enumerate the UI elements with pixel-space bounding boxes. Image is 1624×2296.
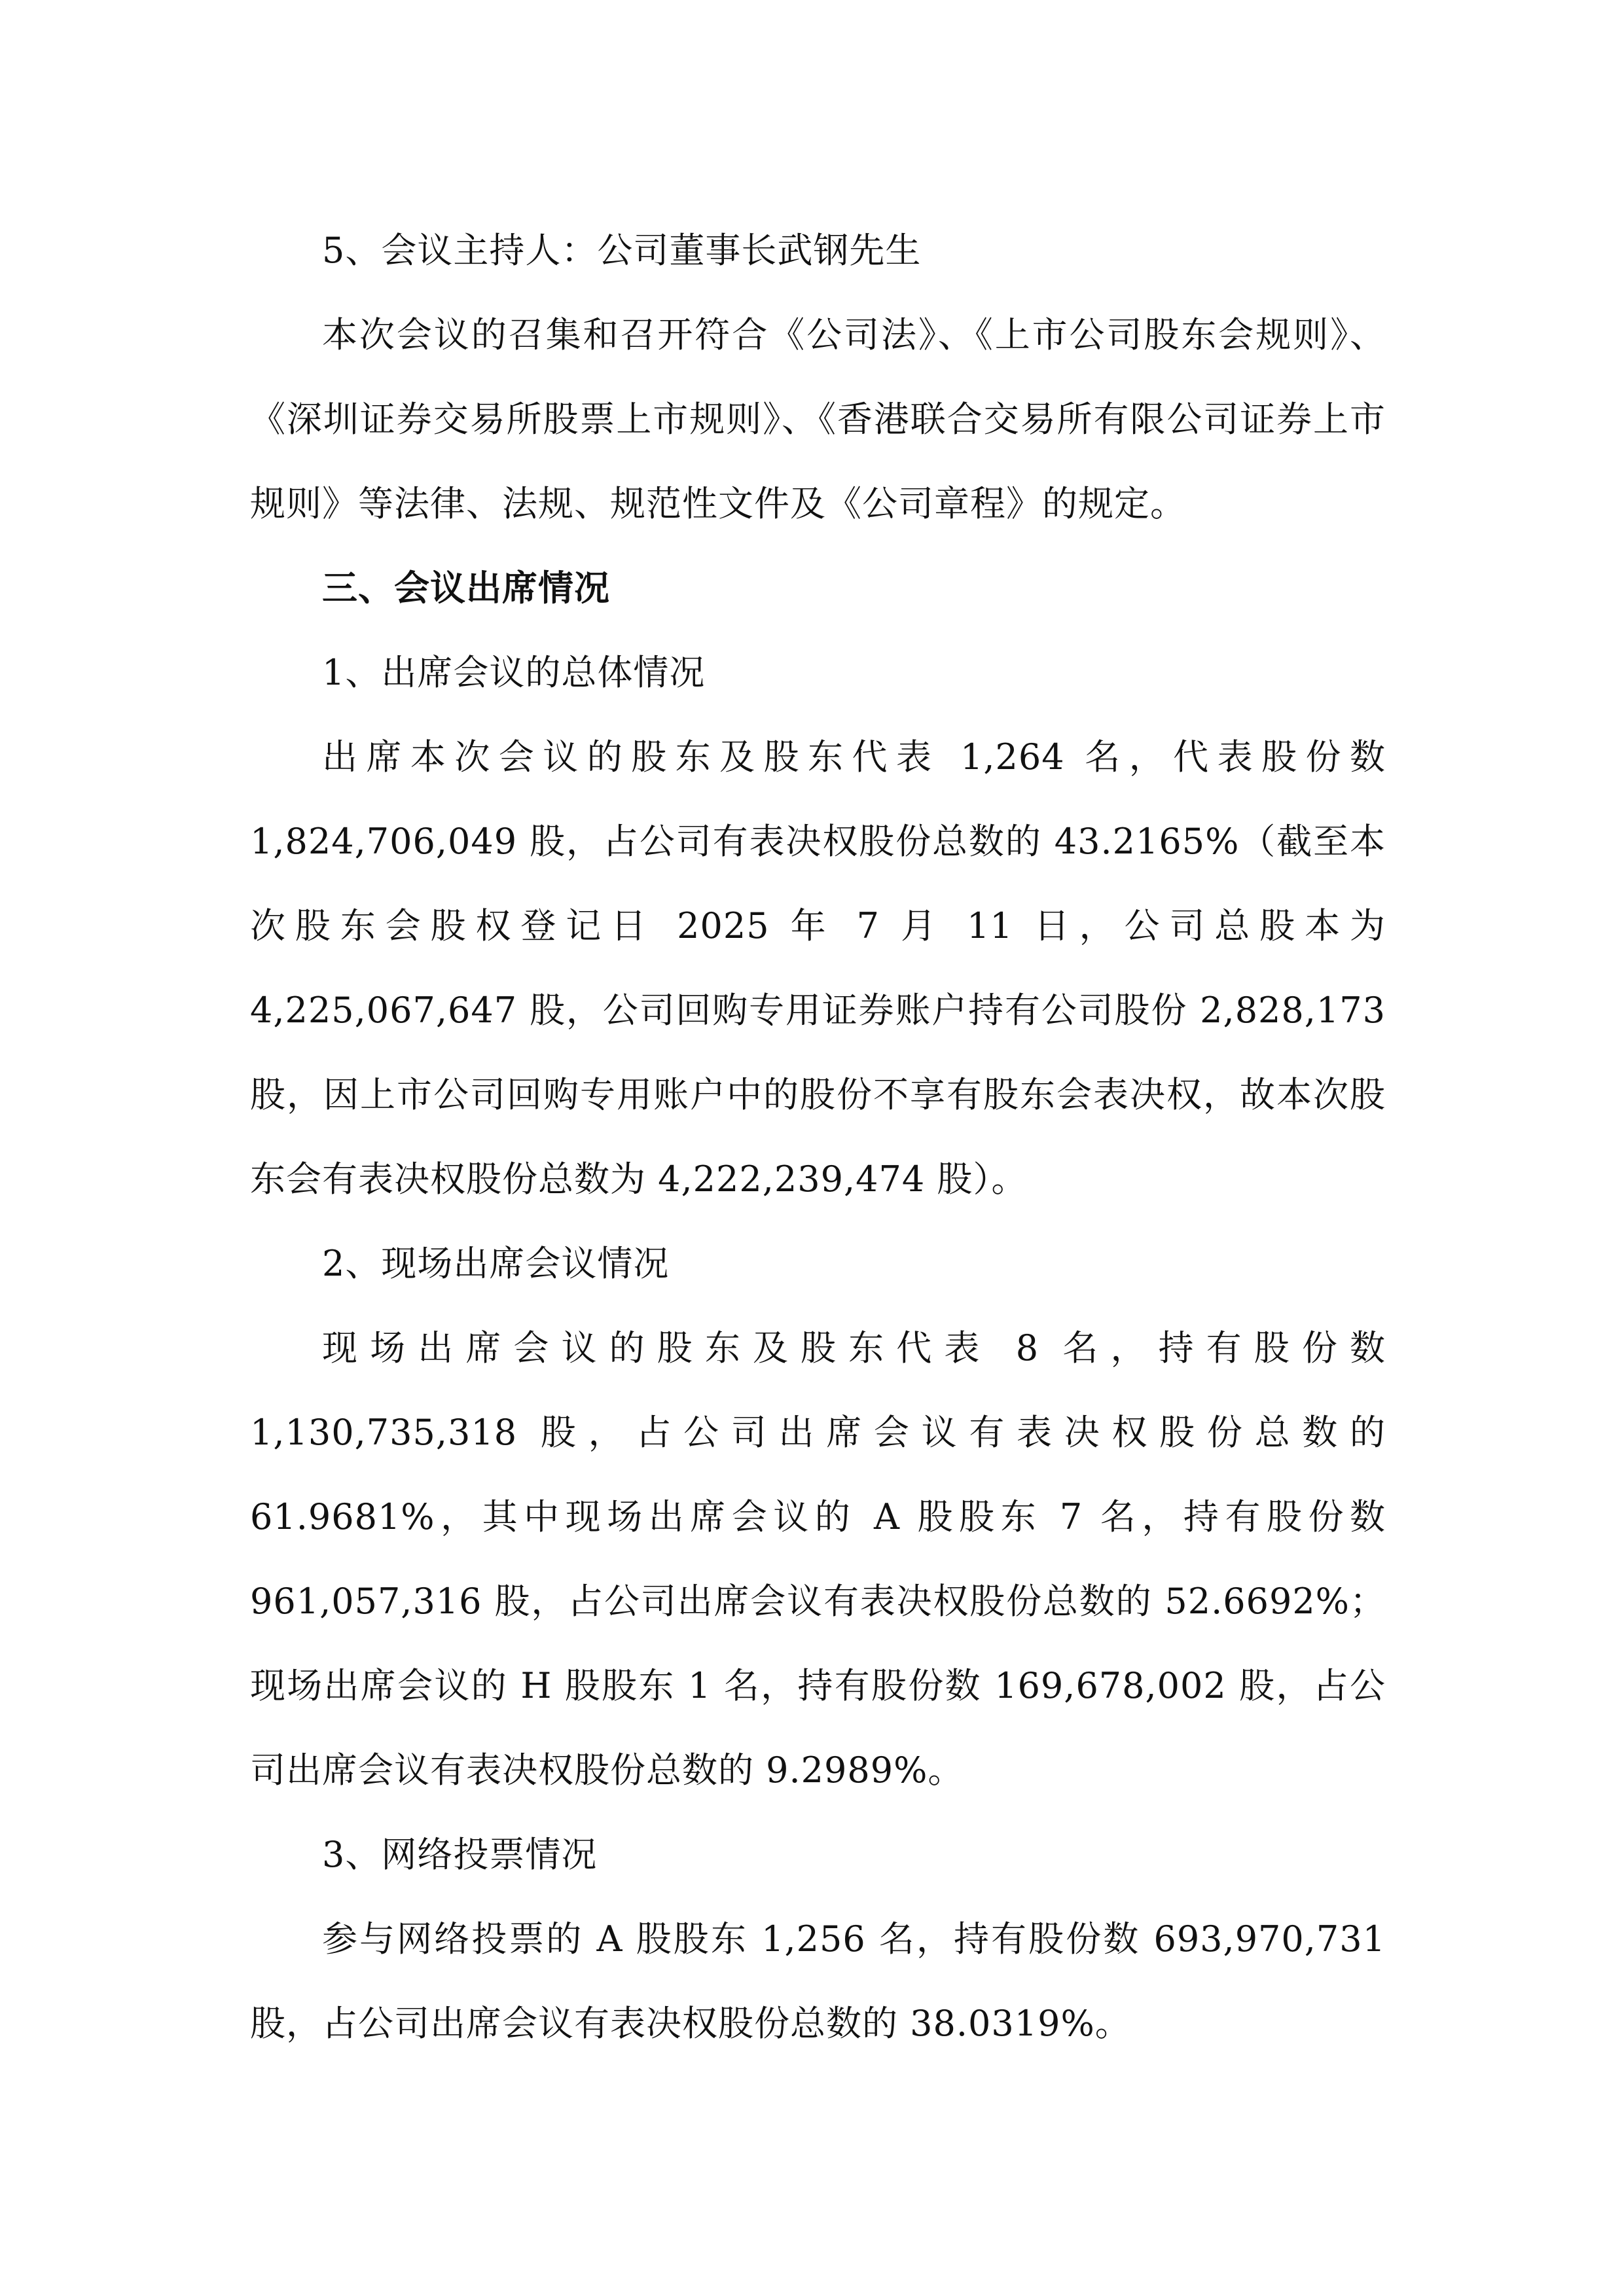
meeting-host-item: 5、会议主持人：公司董事长武钢先生 [250, 208, 1386, 293]
onsite-attendance-paragraph: 现场出席会议的股东及股东代表 8 名，持有股份数 1,130,735,318 股… [250, 1306, 1386, 1812]
document-page: 5、会议主持人：公司董事长武钢先生 本次会议的召集和召开符合《公司法》、《上市公… [250, 208, 1386, 2066]
subheading-overall-attendance: 1、出席会议的总体情况 [250, 630, 1386, 715]
subheading-online-voting: 3、网络投票情况 [250, 1812, 1386, 1897]
subheading-onsite-attendance: 2、现场出席会议情况 [250, 1221, 1386, 1306]
section-heading-attendance: 三、会议出席情况 [250, 546, 1386, 630]
overall-attendance-paragraph: 出席本次会议的股东及股东代表 1,264 名，代表股份数 1,824,706,0… [250, 715, 1386, 1221]
compliance-paragraph: 本次会议的召集和召开符合《公司法》、《上市公司股东会规则》、《深圳证券交易所股票… [250, 293, 1386, 546]
online-voting-paragraph: 参与网络投票的 A 股股东 1,256 名，持有股份数 693,970,731 … [250, 1897, 1386, 2066]
